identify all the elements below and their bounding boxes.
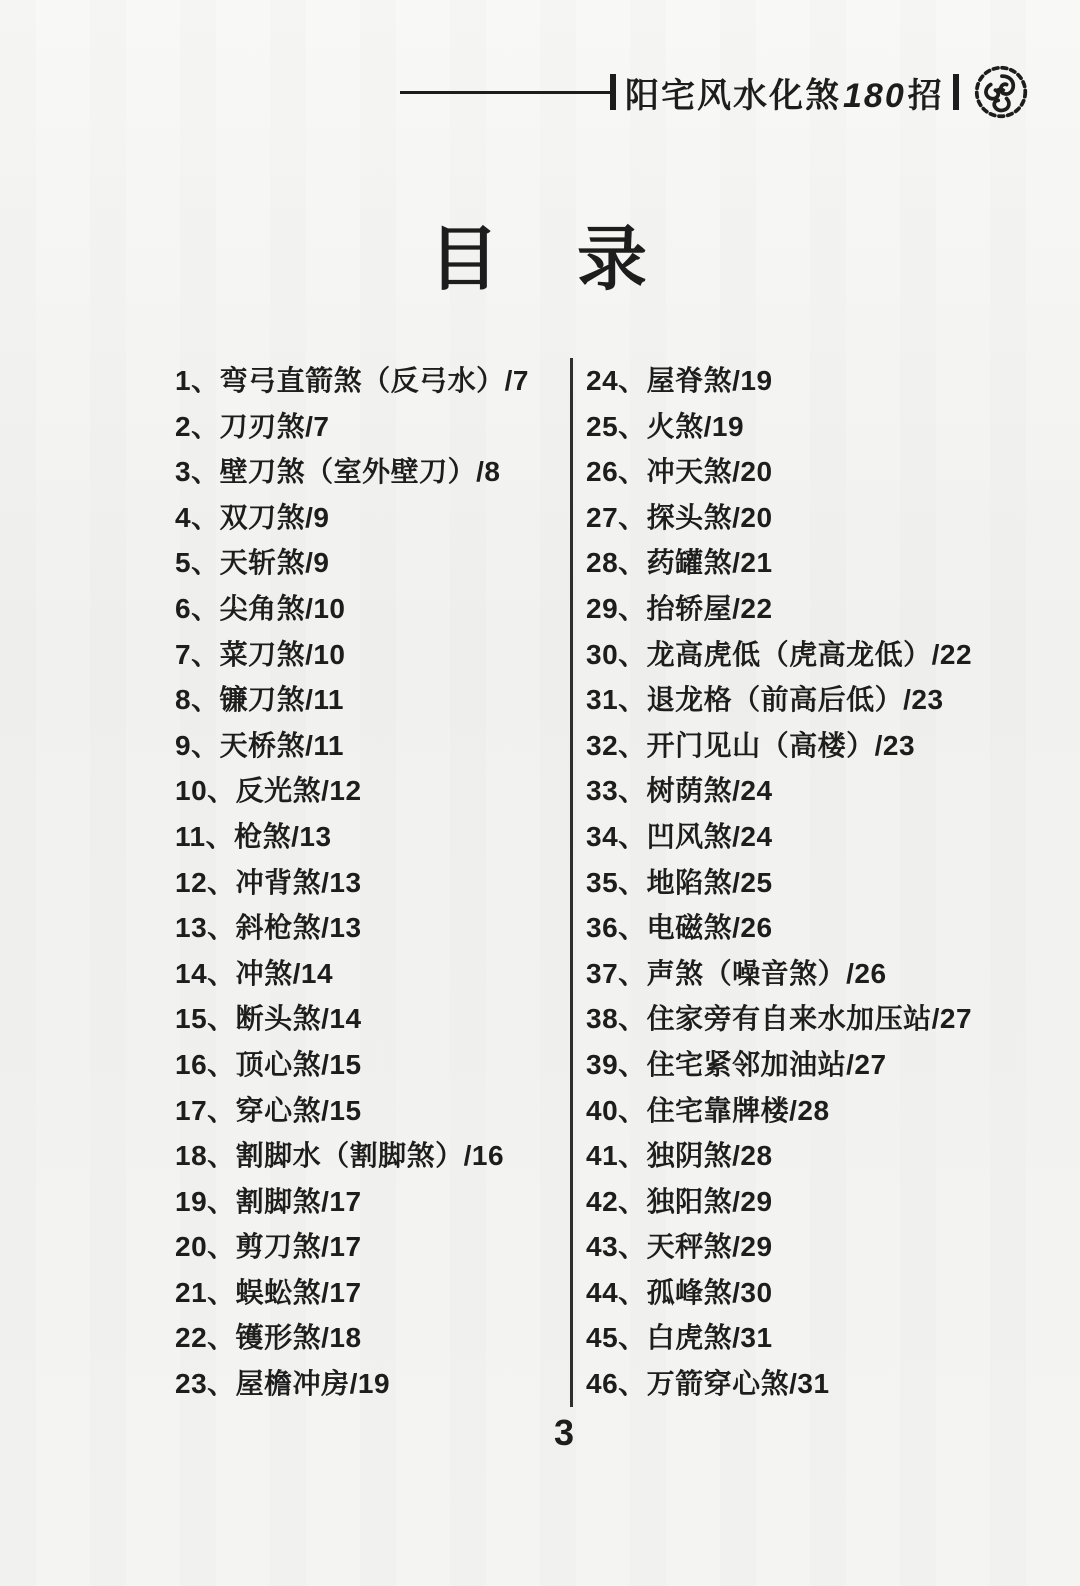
toc-item: 4、双刀煞/9 bbox=[175, 495, 570, 541]
page-header: 阳宅风水化煞180招 bbox=[400, 70, 1000, 114]
toc-item: 7、菜刀煞/10 bbox=[175, 632, 570, 678]
toc-item: 10、反光煞/12 bbox=[175, 768, 570, 814]
toc-item: 44、孤峰煞/30 bbox=[586, 1270, 1040, 1316]
book-title-number: 180 bbox=[841, 77, 908, 115]
toc-column-left: 1、弯弓直箭煞（反弓水）/72、刀刃煞/73、壁刀煞（室外壁刀）/84、双刀煞/… bbox=[175, 358, 570, 1407]
book-page: 阳宅风水化煞180招 目 录 1、弯弓直箭煞（反弓水）/72、刀刃煞/73、壁刀… bbox=[0, 0, 1080, 1586]
header-rule-line bbox=[400, 91, 610, 94]
toc-item: 3、壁刀煞（室外壁刀）/8 bbox=[175, 449, 570, 495]
toc-item: 6、尖角煞/10 bbox=[175, 586, 570, 632]
toc-item: 11、枪煞/13 bbox=[175, 814, 570, 860]
page-number: 3 bbox=[24, 1412, 1080, 1454]
toc-item: 30、龙高虎低（虎高龙低）/22 bbox=[586, 632, 1040, 678]
toc-item: 14、冲煞/14 bbox=[175, 951, 570, 997]
toc-item: 1、弯弓直箭煞（反弓水）/7 bbox=[175, 358, 570, 404]
floral-seal-icon bbox=[973, 64, 1029, 120]
toc-item: 38、住家旁有自来水加压站/27 bbox=[586, 996, 1040, 1042]
toc-item: 22、镬形煞/18 bbox=[175, 1315, 570, 1361]
toc-item: 36、电磁煞/26 bbox=[586, 905, 1040, 951]
toc-item: 39、住宅紧邻加油站/27 bbox=[586, 1042, 1040, 1088]
toc-item: 21、蜈蚣煞/17 bbox=[175, 1270, 570, 1316]
toc-item: 9、天桥煞/11 bbox=[175, 723, 570, 769]
toc-item: 19、割脚煞/17 bbox=[175, 1179, 570, 1225]
toc-item: 2、刀刃煞/7 bbox=[175, 404, 570, 450]
toc-item: 45、白虎煞/31 bbox=[586, 1315, 1040, 1361]
toc-item: 13、斜枪煞/13 bbox=[175, 905, 570, 951]
toc-item: 26、冲天煞/20 bbox=[586, 449, 1040, 495]
book-title: 阳宅风水化煞180招 bbox=[616, 68, 953, 117]
toc-item: 16、顶心煞/15 bbox=[175, 1042, 570, 1088]
toc-item: 31、退龙格（前高后低）/23 bbox=[586, 677, 1040, 723]
toc-item: 41、独阴煞/28 bbox=[586, 1133, 1040, 1179]
toc-item: 8、镰刀煞/11 bbox=[175, 677, 570, 723]
toc-item: 40、住宅靠牌楼/28 bbox=[586, 1088, 1040, 1134]
book-title-prefix: 阳宅风水化煞 bbox=[625, 77, 841, 115]
toc-column-right: 24、屋脊煞/1925、火煞/1926、冲天煞/2027、探头煞/2028、药罐… bbox=[570, 358, 1040, 1407]
book-title-suffix: 招 bbox=[908, 77, 944, 115]
toc-item: 15、断头煞/14 bbox=[175, 996, 570, 1042]
toc-item: 12、冲背煞/13 bbox=[175, 860, 570, 906]
toc-item: 20、剪刀煞/17 bbox=[175, 1224, 570, 1270]
toc-item: 23、屋檐冲房/19 bbox=[175, 1361, 570, 1407]
page-title: 目 录 bbox=[0, 224, 1080, 294]
header-bar-right bbox=[953, 74, 959, 110]
toc-item: 43、天秤煞/29 bbox=[586, 1224, 1040, 1270]
toc-item: 42、独阳煞/29 bbox=[586, 1179, 1040, 1225]
toc-item: 28、药罐煞/21 bbox=[586, 540, 1040, 586]
toc-item: 35、地陷煞/25 bbox=[586, 860, 1040, 906]
toc-item: 34、凹风煞/24 bbox=[586, 814, 1040, 860]
toc-item: 46、万箭穿心煞/31 bbox=[586, 1361, 1040, 1407]
toc-item: 5、天斩煞/9 bbox=[175, 540, 570, 586]
toc-item: 37、声煞（噪音煞）/26 bbox=[586, 951, 1040, 997]
toc-item: 32、开门见山（高楼）/23 bbox=[586, 723, 1040, 769]
toc-item: 33、树荫煞/24 bbox=[586, 768, 1040, 814]
toc-item: 25、火煞/19 bbox=[586, 404, 1040, 450]
toc-item: 29、抬轿屋/22 bbox=[586, 586, 1040, 632]
toc-item: 18、割脚水（割脚煞）/16 bbox=[175, 1133, 570, 1179]
toc-item: 27、探头煞/20 bbox=[586, 495, 1040, 541]
toc-item: 24、屋脊煞/19 bbox=[586, 358, 1040, 404]
toc-item: 17、穿心煞/15 bbox=[175, 1088, 570, 1134]
toc: 1、弯弓直箭煞（反弓水）/72、刀刃煞/73、壁刀煞（室外壁刀）/84、双刀煞/… bbox=[175, 358, 1040, 1407]
